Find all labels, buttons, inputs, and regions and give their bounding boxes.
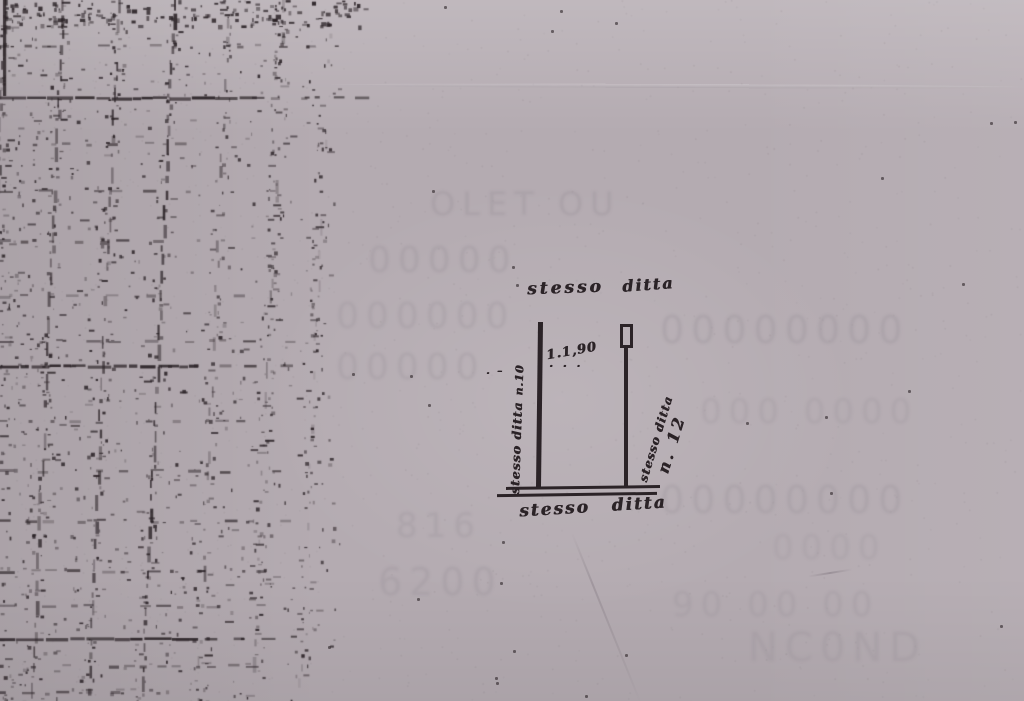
scanned-document-page: OLET OU000000000000000000000000000 00000… — [0, 0, 1024, 701]
scan-noise-texture — [0, 0, 1024, 701]
